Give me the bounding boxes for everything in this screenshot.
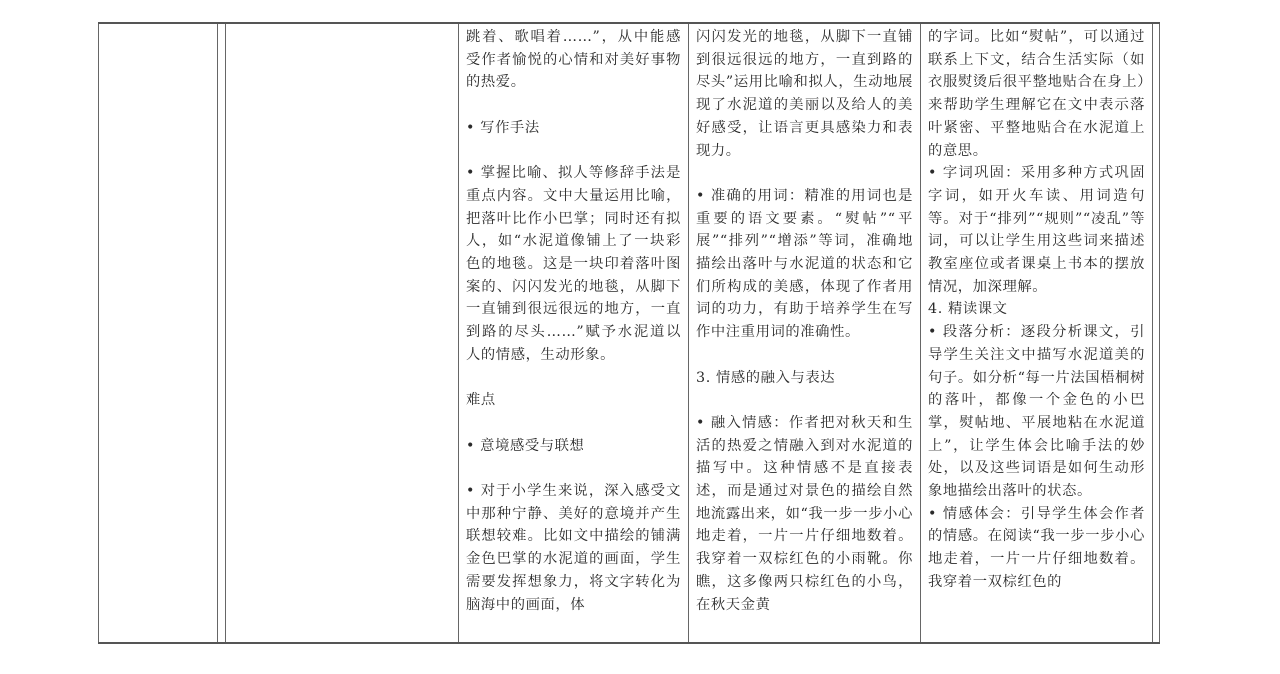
table-column-language-elements: 闪闪发光的地毯，从脚下一直铺到很远很远的地方，一直到路的尽头”运用比喻和拟人，生…: [688, 24, 920, 642]
section-heading: 4. 精读课文: [928, 298, 1145, 321]
language-elements-cell: 闪闪发光的地毯，从脚下一直铺到很远很远的地方，一直到路的尽头”运用比喻和拟人，生…: [689, 24, 920, 642]
paragraph: • 写作手法: [466, 117, 681, 140]
paragraph: 闪闪发光的地毯，从脚下一直铺到很远很远的地方，一直到路的尽头”运用比喻和拟人，生…: [696, 26, 913, 162]
section-heading: 难点: [466, 389, 681, 412]
paragraph: • 段落分析：逐段分析课文，引导学生关注文中描写水泥道美的句子。如分析“每一片法…: [928, 321, 1145, 503]
table-column-last: [1152, 24, 1160, 642]
paragraph: • 情感体会：引导学生体会作者的情感。在阅读“我一步一步小心地走着，一片一片仔细…: [928, 503, 1145, 594]
lesson-plan-table: 跳着、歌唱着……”，从中能感受作者愉悦的心情和对美好事物的热爱。 • 写作手法 …: [98, 22, 1160, 644]
paragraph: • 对于小学生来说，深入感受文中那种宁静、美好的意境并产生联想较难。比如文中描绘…: [466, 480, 681, 616]
teaching-process-cell: 的字词。比如“熨帖”，可以通过联系上下文，结合生活实际（如衣服熨烫后很平整地贴合…: [921, 24, 1152, 642]
table-column-teaching-process: 的字词。比如“熨帖”，可以通过联系上下文，结合生活实际（如衣服熨烫后很平整地贴合…: [920, 24, 1152, 642]
paragraph: • 融入情感：作者把对秋天和生活的热爱之情融入到对水泥道的描写中。这种情感不是直…: [696, 412, 913, 616]
table-column-blank: [225, 24, 458, 642]
paragraph: 的字词。比如“熨帖”，可以通过联系上下文，结合生活实际（如衣服熨烫后很平整地贴合…: [928, 26, 1145, 162]
table-column-2: [217, 24, 225, 642]
paragraph: • 准确的用词：精准的用词也是重要的语文要素。“熨帖”“平展”“排列”“增添”等…: [696, 185, 913, 344]
table-column-key-points: 跳着、歌唱着……”，从中能感受作者愉悦的心情和对美好事物的热爱。 • 写作手法 …: [458, 24, 688, 642]
table-column-1: [98, 24, 217, 642]
key-points-cell: 跳着、歌唱着……”，从中能感受作者愉悦的心情和对美好事物的热爱。 • 写作手法 …: [459, 24, 688, 642]
paragraph: • 字词巩固：采用多种方式巩固字词，如开火车读、用词造句等。对于“排列”“规则”…: [928, 162, 1145, 298]
paragraph: 跳着、歌唱着……”，从中能感受作者愉悦的心情和对美好事物的热爱。: [466, 26, 681, 94]
section-heading: 3. 情感的融入与表达: [696, 367, 913, 390]
paragraph: • 掌握比喻、拟人等修辞手法是重点内容。文中大量运用比喻，把落叶比作小巴掌；同时…: [466, 162, 681, 366]
paragraph: • 意境感受与联想: [466, 435, 681, 458]
